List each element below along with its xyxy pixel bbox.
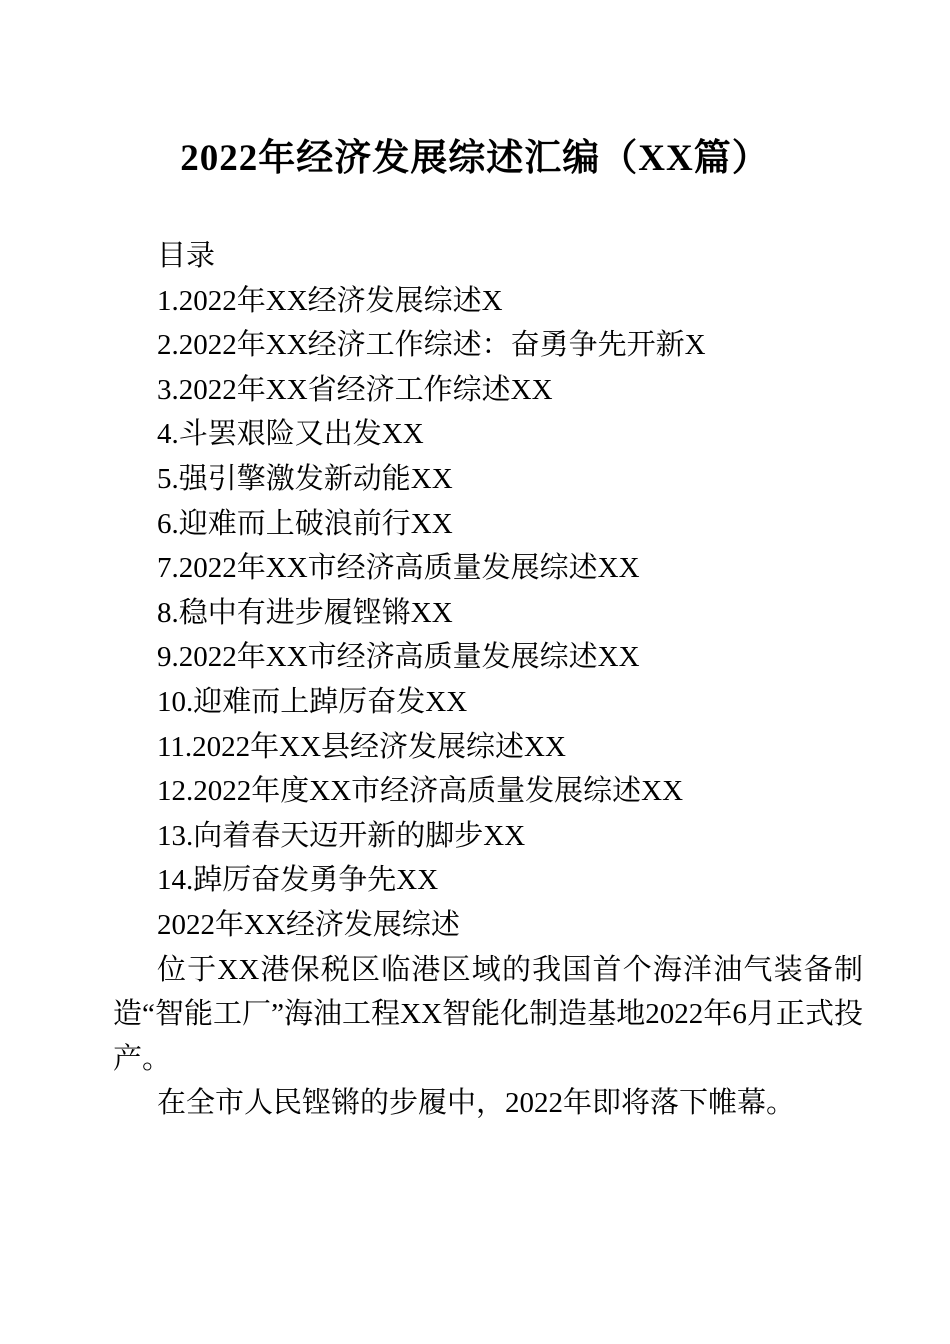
toc-item: 14.踔厉奋发勇争先XX [113,858,863,903]
body-paragraph: 在全市人民铿锵的步履中，2022年即将落下帷幕。 [113,1081,863,1126]
toc-item: 11.2022年XX县经济发展综述XX [113,725,863,770]
toc-item: 6.迎难而上破浪前行XX [113,502,863,547]
document-body: 目录 1.2022年XX经济发展综述X 2.2022年XX经济工作综述：奋勇争先… [113,234,863,1126]
toc-item: 10.迎难而上踔厉奋发XX [113,680,863,725]
toc-item: 1.2022年XX经济发展综述X [113,279,863,324]
document-title: 2022年经济发展综述汇编（XX篇） [0,134,950,184]
toc-item: 12.2022年度XX市经济高质量发展综述XX [113,769,863,814]
toc-item: 13.向着春天迈开新的脚步XX [113,814,863,859]
toc-heading: 目录 [113,234,863,279]
toc-item: 8.稳中有进步履铿锵XX [113,591,863,636]
toc-item: 2.2022年XX经济工作综述：奋勇争先开新X [113,323,863,368]
document-page: 2022年经济发展综述汇编（XX篇） 目录 1.2022年XX经济发展综述X 2… [0,0,950,1344]
toc-item: 9.2022年XX市经济高质量发展综述XX [113,635,863,680]
toc-item: 3.2022年XX省经济工作综述XX [113,368,863,413]
toc-item: 5.强引擎激发新动能XX [113,457,863,502]
toc-item: 4.斗罢艰险又出发XX [113,412,863,457]
section-heading: 2022年XX经济发展综述 [113,903,863,948]
body-paragraph: 位于XX港保税区临港区域的我国首个海洋油气装备制造“智能工厂”海油工程XX智能化… [113,948,863,1082]
toc-item: 7.2022年XX市经济高质量发展综述XX [113,546,863,591]
